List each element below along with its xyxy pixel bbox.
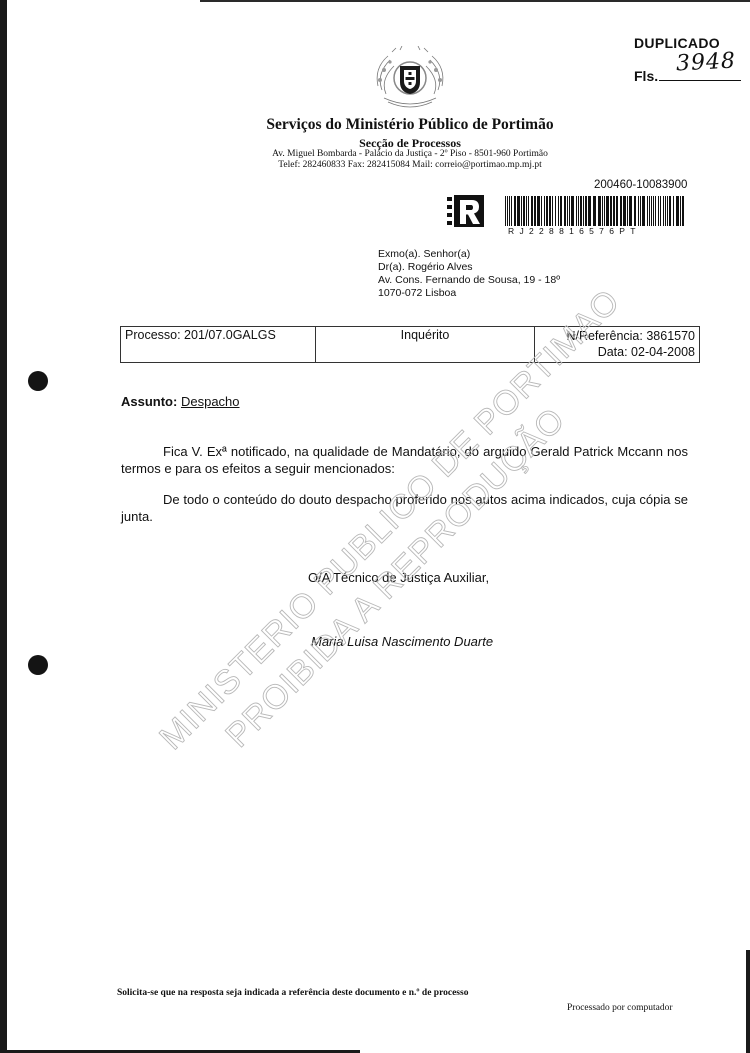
subject-value: Despacho (181, 394, 240, 409)
footer-processed: Processado por computador (567, 1003, 673, 1013)
duplicado-stamp: DUPLICADO (634, 35, 720, 51)
reference-date-cell: N/Referência: 3861570 Data: 02-04-2008 (535, 327, 700, 363)
office-address: Av. Miguel Bombarda - Palácio da Justiça… (0, 149, 750, 159)
registered-mail-reference: 200460-10083900 (594, 179, 687, 191)
document-date: Data: 02-04-2008 (539, 344, 695, 360)
reference-number: N/Referência: 3861570 (539, 328, 695, 344)
office-contacts: Telef: 282460833 Fax: 282415084 Mail: co… (0, 160, 750, 170)
recipient-city: 1070-072 Lisboa (378, 287, 560, 300)
fls-handwritten-number: 3948 (675, 48, 736, 76)
process-type: Inquérito (316, 327, 535, 363)
recipient-street: Av. Cons. Fernando de Sousa, 19 - 18º (378, 274, 560, 287)
body-paragraph-2: De todo o conteúdo do douto despacho pro… (121, 491, 688, 525)
office-title: Serviços do Ministério Público de Portim… (0, 116, 750, 134)
recipient-salutation: Exmo(a). Senhor(a) (378, 248, 560, 261)
coat-of-arms-icon (370, 46, 450, 110)
recipient-address: Exmo(a). Senhor(a) Dr(a). Rogério Alves … (378, 248, 560, 300)
signatory-name: Maria Luisa Nascimento Duarte (311, 634, 493, 649)
barcode-icon (505, 196, 687, 226)
barcode-text: RJ228816576PT (508, 226, 641, 236)
registered-mail-logo-icon (447, 195, 487, 227)
recipient-name: Dr(a). Rogério Alves (378, 261, 560, 274)
scan-edge-right (746, 950, 750, 1053)
subject-line: Assunto: Despacho (121, 394, 240, 409)
process-info-table: Processo: 201/07.0GALGS Inquérito N/Refe… (120, 326, 700, 363)
body-paragraph-1: Fica V. Exª notificado, na qualidade de … (121, 443, 688, 477)
signatory-role: O/A Técnico de Justiça Auxiliar, (308, 570, 489, 585)
punch-hole-bottom (28, 655, 48, 675)
footer-note: Solicita-se que na resposta seja indicad… (117, 988, 468, 998)
punch-hole-top (28, 371, 48, 391)
subject-label: Assunto: (121, 394, 177, 409)
scan-edge-top (200, 0, 750, 2)
process-number: Processo: 201/07.0GALGS (121, 327, 316, 363)
